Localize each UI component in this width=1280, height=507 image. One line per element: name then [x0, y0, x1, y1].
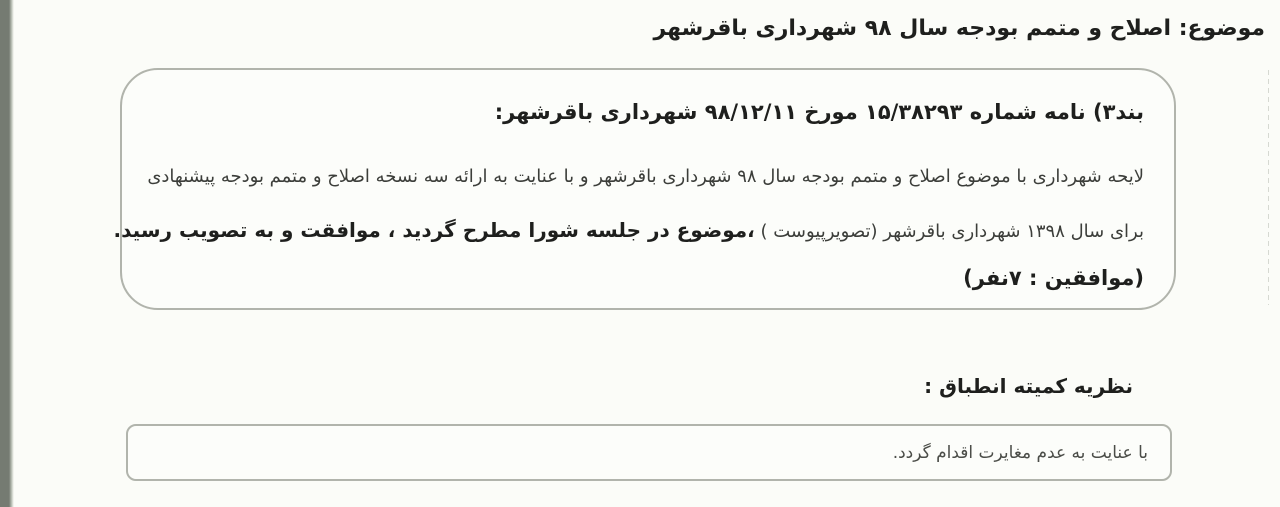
approvers-note: (موافقین : ۷نفر)	[167, 262, 1144, 294]
clause-box: بند۳) نامه شماره ۱۵/۳۸۲۹۳ مورخ ۹۸/۱۲/۱۱ …	[120, 68, 1176, 310]
compliance-opinion-box: با عنایت به عدم مغایرت اقدام گردد.	[126, 424, 1172, 481]
clause-heading: بند۳) نامه شماره ۱۵/۳۸۲۹۳ مورخ ۹۸/۱۲/۱۱ …	[167, 96, 1144, 128]
clause-body-line-1: لایحه شهرداری با موضوع اصلاح و متمم بودج…	[167, 162, 1144, 192]
clause-body-line-2-regular: برای سال ۱۳۹۸ شهرداری باقرشهر (تصویرپیوس…	[755, 221, 1144, 242]
compliance-opinion-text: با عنایت به عدم مغایرت اقدام گردد.	[893, 441, 1148, 465]
scan-artifact-line	[1268, 70, 1269, 305]
document-subject-line: موضوع: اصلاح و متمم بودجه سال ۹۸ شهرداری…	[653, 12, 1265, 46]
clause-body-line-2: برای سال ۱۳۹۸ شهرداری باقرشهر (تصویرپیوس…	[167, 215, 1144, 247]
scanned-document-page: موضوع: اصلاح و متمم بودجه سال ۹۸ شهرداری…	[0, 0, 1280, 507]
clause-body-line-2-bold: ،موضوع در جلسه شورا مطرح گردید ، موافقت …	[114, 218, 755, 242]
scanner-edge-strip	[0, 0, 14, 507]
compliance-committee-label: نظریه کمیته انطباق :	[924, 370, 1133, 402]
